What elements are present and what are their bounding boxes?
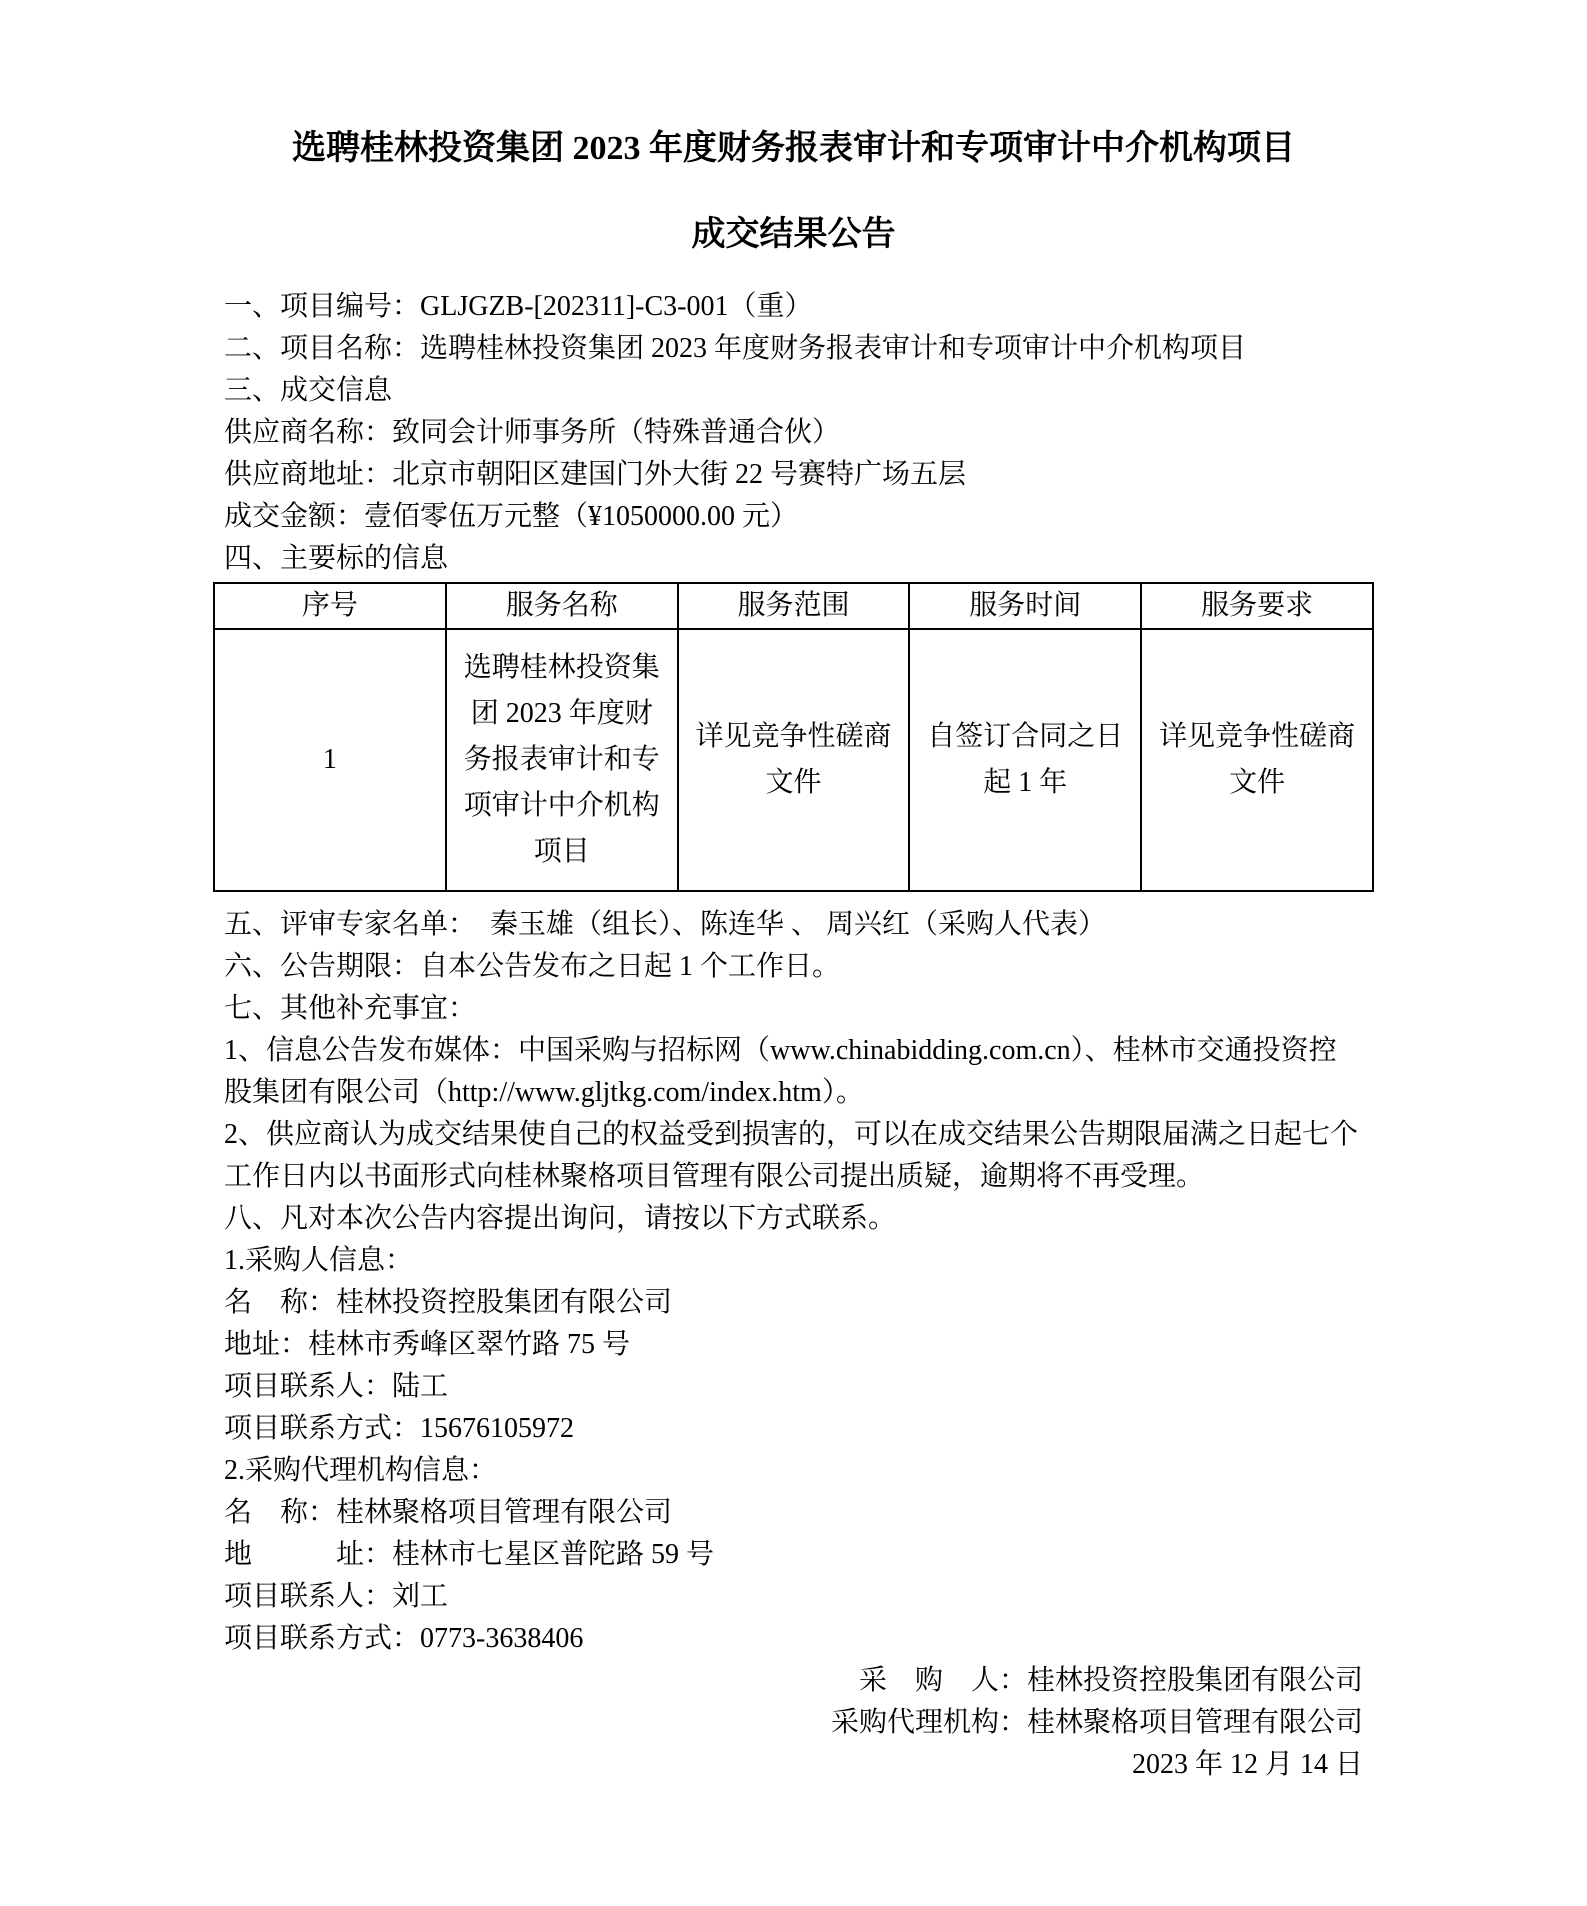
document-date: 2023 年 12 月 14 日: [224, 1744, 1363, 1786]
paragraph-main-items-heading: 四、主要标的信息: [224, 538, 1363, 580]
paragraph-deal-info-heading: 三、成交信息: [224, 370, 1363, 412]
table-header-row: 序号 服务名称 服务范围 服务时间 服务要求: [214, 583, 1373, 629]
intro-section: 一、项目编号：GLJGZB-[202311]-C3-001（重） 二、项目名称：…: [224, 286, 1363, 580]
paragraph-project-name: 二、项目名称：选聘桂林投资集团 2023 年度财务报表审计和专项审计中介机构项目: [224, 328, 1363, 370]
paragraph-announcement-period: 六、公告期限：自本公告发布之日起 1 个工作日。: [224, 946, 1363, 988]
paragraph-expert-list: 五、评审专家名单： 秦玉雄（组长）、陈连华 、 周兴红（采购人代表）: [224, 904, 1363, 946]
document-title-line1: 选聘桂林投资集团 2023 年度财务报表审计和专项审计中介机构项目: [224, 126, 1363, 172]
table-cell-seq: 1: [214, 629, 446, 891]
table-header-seq: 序号: [214, 583, 446, 629]
paragraph-deal-amount: 成交金额：壹佰零伍万元整（¥1050000.00 元）: [224, 496, 1363, 538]
signature-purchaser: 采 购 人：桂林投资控股集团有限公司: [224, 1660, 1363, 1702]
table-cell-service-requirement: 详见竞争性磋商文件: [1141, 629, 1373, 891]
table-header-service-name: 服务名称: [446, 583, 678, 629]
paragraph-agency-address: 地 址：桂林市七星区普陀路 59 号: [224, 1534, 1363, 1576]
paragraph-contact-heading: 八、凡对本次公告内容提出询问，请按以下方式联系。: [224, 1198, 1363, 1240]
paragraph-objection-notice: 2、供应商认为成交结果使自己的权益受到损害的，可以在成交结果公告期限届满之日起七…: [224, 1114, 1363, 1198]
signature-agency: 采购代理机构：桂林聚格项目管理有限公司: [224, 1702, 1363, 1744]
paragraph-supplier-address: 供应商地址：北京市朝阳区建国门外大街 22 号赛特广场五层: [224, 454, 1363, 496]
main-items-table: 序号 服务名称 服务范围 服务时间 服务要求 1 选聘桂林投资集团 2023 年…: [213, 582, 1374, 892]
paragraph-other-matters-heading: 七、其他补充事宜：: [224, 988, 1363, 1030]
table-header-service-time: 服务时间: [909, 583, 1141, 629]
table-cell-service-time: 自签订合同之日起 1 年: [909, 629, 1141, 891]
table-cell-service-name: 选聘桂林投资集团 2023 年度财务报表审计和专项审计中介机构项目: [446, 629, 678, 891]
document-page: 选聘桂林投资集团 2023 年度财务报表审计和专项审计中介机构项目 成交结果公告…: [0, 0, 1587, 1906]
table-row: 1 选聘桂林投资集团 2023 年度财务报表审计和专项审计中介机构项目 详见竞争…: [214, 629, 1373, 891]
paragraph-purchaser-contact-phone: 项目联系方式：15676105972: [224, 1408, 1363, 1450]
table-header-service-scope: 服务范围: [678, 583, 910, 629]
paragraph-purchaser-info-heading: 1.采购人信息：: [224, 1240, 1363, 1282]
paragraph-agency-contact-person: 项目联系人：刘工: [224, 1576, 1363, 1618]
paragraph-agency-info-heading: 2.采购代理机构信息：: [224, 1450, 1363, 1492]
paragraph-purchaser-contact-person: 项目联系人：陆工: [224, 1366, 1363, 1408]
table-cell-service-scope: 详见竞争性磋商文件: [678, 629, 910, 891]
paragraph-agency-contact-phone: 项目联系方式：0773-3638406: [224, 1618, 1363, 1660]
paragraph-publish-media: 1、信息公告发布媒体：中国采购与招标网（www.chinabidding.com…: [224, 1030, 1363, 1114]
body-section: 五、评审专家名单： 秦玉雄（组长）、陈连华 、 周兴红（采购人代表） 六、公告期…: [224, 904, 1363, 1660]
paragraph-project-number: 一、项目编号：GLJGZB-[202311]-C3-001（重）: [224, 286, 1363, 328]
paragraph-supplier-name: 供应商名称：致同会计师事务所（特殊普通合伙）: [224, 412, 1363, 454]
table-header-service-requirement: 服务要求: [1141, 583, 1373, 629]
paragraph-purchaser-name: 名 称：桂林投资控股集团有限公司: [224, 1282, 1363, 1324]
paragraph-agency-name: 名 称：桂林聚格项目管理有限公司: [224, 1492, 1363, 1534]
paragraph-purchaser-address: 地址：桂林市秀峰区翠竹路 75 号: [224, 1324, 1363, 1366]
document-title-line2: 成交结果公告: [224, 212, 1363, 258]
signature-block: 采 购 人：桂林投资控股集团有限公司 采购代理机构：桂林聚格项目管理有限公司 2…: [224, 1660, 1363, 1786]
